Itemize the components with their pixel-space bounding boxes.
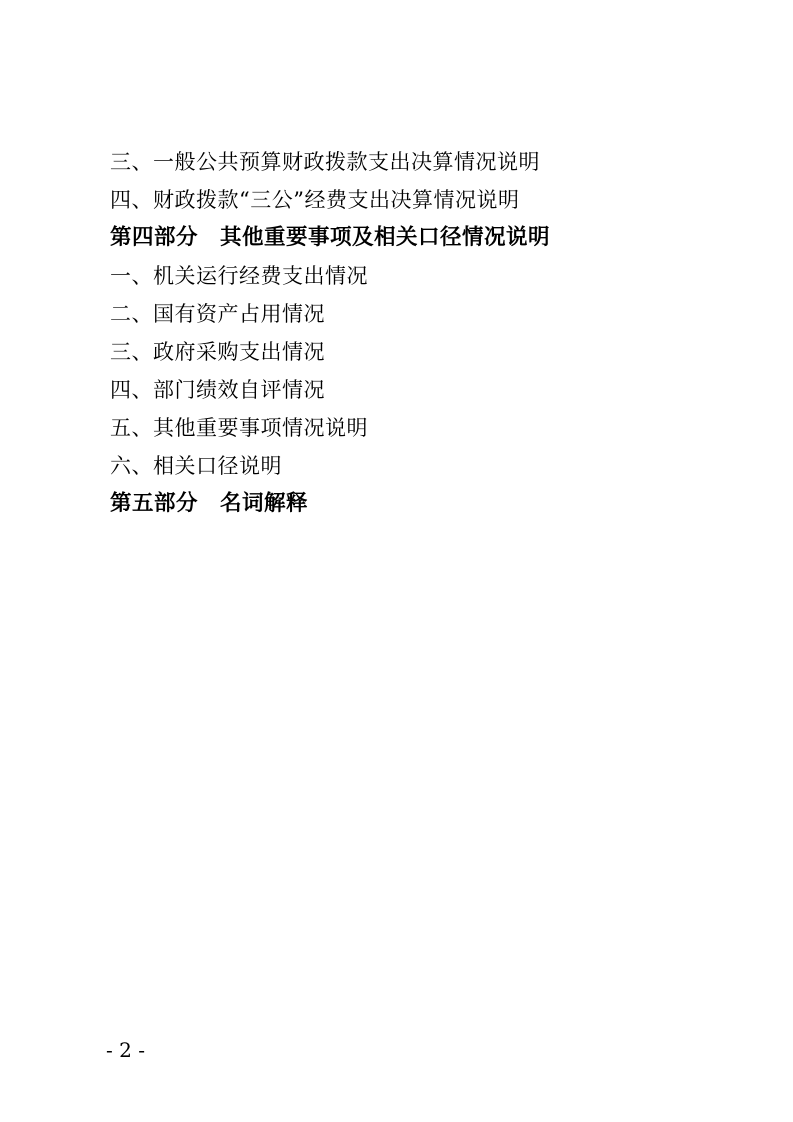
- toc-entry: 三、政府采购支出情况: [110, 333, 690, 371]
- document-page: 三、一般公共预算财政拨款支出决算情况说明 四、财政拨款“三公”经费支出决算情况说…: [0, 0, 793, 1122]
- toc-entry: 一、机关运行经费支出情况: [110, 257, 690, 295]
- table-of-contents: 三、一般公共预算财政拨款支出决算情况说明 四、财政拨款“三公”经费支出决算情况说…: [110, 143, 690, 523]
- section-heading: 第四部分 其他重要事项及相关口径情况说明: [110, 219, 690, 257]
- section-heading: 第五部分 名词解释: [110, 485, 690, 523]
- toc-entry: 六、相关口径说明: [110, 447, 690, 485]
- toc-entry: 二、国有资产占用情况: [110, 295, 690, 333]
- page-number: - 2 -: [106, 1038, 145, 1062]
- toc-entry: 三、一般公共预算财政拨款支出决算情况说明: [110, 143, 690, 181]
- toc-entry: 五、其他重要事项情况说明: [110, 409, 690, 447]
- toc-entry: 四、财政拨款“三公”经费支出决算情况说明: [110, 181, 690, 219]
- toc-entry: 四、部门绩效自评情况: [110, 371, 690, 409]
